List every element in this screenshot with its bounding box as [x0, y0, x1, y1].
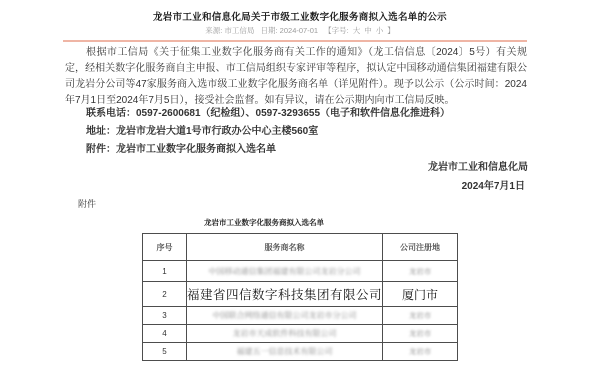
notice-page: 龙岩市工业和信息化局关于市级工业数字化服务商拟入选名单的公示 来源: 市工信局 … — [0, 0, 600, 372]
row-place-blurred: 龙岩市 — [383, 325, 458, 343]
row-no: 3 — [143, 307, 187, 325]
row-no: 1 — [143, 261, 187, 282]
row-name-blurred: 福建五一信息技术有限公司 — [187, 343, 383, 361]
table-row: 4 龙岩市天成软件科技有限公司 龙岩市 — [143, 325, 458, 343]
row-name-blurred: 中国移动通信集团福建有限公司龙岩分公司 — [187, 261, 383, 282]
page-title: 龙岩市工业和信息化局关于市级工业数字化服务商拟入选名单的公示 — [0, 9, 600, 23]
address-line: 地址：龙岩市龙岩大道1号市行政办公中心主楼560室 — [86, 122, 318, 137]
fontsize-large-button[interactable]: 大 — [353, 26, 361, 35]
signature-org: 龙岩市工业和信息化局 — [428, 158, 528, 173]
col-header-no: 序号 — [143, 234, 187, 261]
row-no: 4 — [143, 325, 187, 343]
table-row: 5 福建五一信息技术有限公司 龙岩市 — [143, 343, 458, 361]
meta-source: 来源: 市工信局 — [205, 26, 254, 35]
meta-date: 日期: 2024-07-01 — [261, 26, 319, 35]
fontsize-label-close: 】 — [387, 26, 395, 35]
row-no: 5 — [143, 343, 187, 361]
fontsize-small-button[interactable]: 小 — [376, 26, 384, 35]
row-place: 厦门市 — [383, 282, 458, 307]
row-place-blurred: 龙岩市 — [383, 307, 458, 325]
col-header-place: 公司注册地 — [383, 234, 458, 261]
row-name-blurred: 中国联合网络通信有限公司龙岩市分公司 — [187, 307, 383, 325]
col-header-name: 服务商名称 — [187, 234, 383, 261]
attachment-table-title: 龙岩市工业数字化服务商拟入选名单 — [0, 217, 528, 228]
table-row: 1 中国移动通信集团福建有限公司龙岩分公司 龙岩市 — [143, 261, 458, 282]
contact-line: 联系电话：0597-2600681（纪检组）、0597-3293655（电子和软… — [86, 104, 450, 119]
fontsize-medium-button[interactable]: 中 — [364, 26, 372, 35]
signature-date: 2024年7月1日 — [462, 177, 525, 192]
row-place-blurred: 龙岩市 — [383, 261, 458, 282]
table-row: 3 中国联合网络通信有限公司龙岩市分公司 龙岩市 — [143, 307, 458, 325]
attachment-label: 附件 — [78, 197, 96, 210]
fontsize-label: 【字号: — [324, 26, 349, 35]
table-row-highlighted: 2 福建省四信数字科技集团有限公司 厦门市 — [143, 282, 458, 307]
row-name-blurred: 龙岩市天成软件科技有限公司 — [187, 325, 383, 343]
header-divider — [63, 40, 527, 42]
row-no: 2 — [143, 282, 187, 307]
table-header-row: 序号 服务商名称 公司注册地 — [143, 234, 458, 261]
provider-table: 序号 服务商名称 公司注册地 1 中国移动通信集团福建有限公司龙岩分公司 龙岩市… — [142, 233, 458, 361]
row-place-blurred: 龙岩市 — [383, 343, 458, 361]
notice-paragraph: 根据市工信局《关于征集工业数字化服务商有关工作的通知》（龙工信信息〔2024〕5… — [65, 45, 527, 109]
row-name: 福建省四信数字科技集团有限公司 — [187, 282, 383, 307]
notice-body: 根据市工信局《关于征集工业数字化服务商有关工作的通知》（龙工信信息〔2024〕5… — [65, 45, 527, 109]
meta-bar: 来源: 市工信局 日期: 2024-07-01 【字号:大中小】 — [0, 25, 600, 36]
attachment-ref-line: 附件：龙岩市工业数字化服务商拟入选名单 — [86, 140, 276, 155]
